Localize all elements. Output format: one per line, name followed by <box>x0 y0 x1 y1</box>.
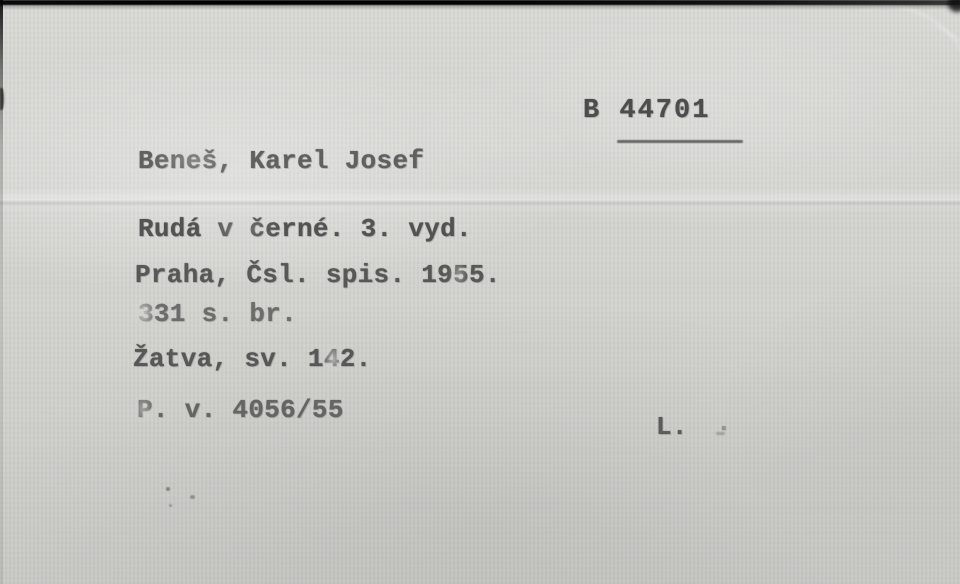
imprint-line: Praha, Čsl. spis. 1955. <box>135 260 501 290</box>
scan-tonal-shading <box>0 0 960 584</box>
paper-grain-texture <box>0 0 960 584</box>
call-number: B 44701 <box>583 96 710 126</box>
series-line: Žatva, sv. 142. <box>133 344 372 374</box>
scanner-edge-top <box>0 0 960 5</box>
paper-wrinkle <box>826 0 960 127</box>
horizontal-crease <box>0 188 960 214</box>
call-number-underline <box>617 140 743 143</box>
ink-speck <box>190 495 195 499</box>
collation-line: 331 s. br. <box>138 299 297 329</box>
title-line: Rudá v černé. 3. vyd. <box>138 214 472 244</box>
ink-speck <box>169 504 172 507</box>
scanner-edge-nick <box>0 88 4 110</box>
approval-number-line: P. v. 4056/55 <box>137 395 344 425</box>
cataloguer-initial: L. <box>656 412 688 442</box>
paper-wrinkle <box>884 10 960 141</box>
ink-speck <box>166 487 170 491</box>
catalog-card-scan: B 44701 Beneš, Karel Josef Rudá v černé.… <box>0 0 960 584</box>
author-line: Beneš, Karel Josef <box>138 146 424 176</box>
scanner-corner-shadow <box>948 0 960 12</box>
ink-smudge <box>716 432 725 435</box>
